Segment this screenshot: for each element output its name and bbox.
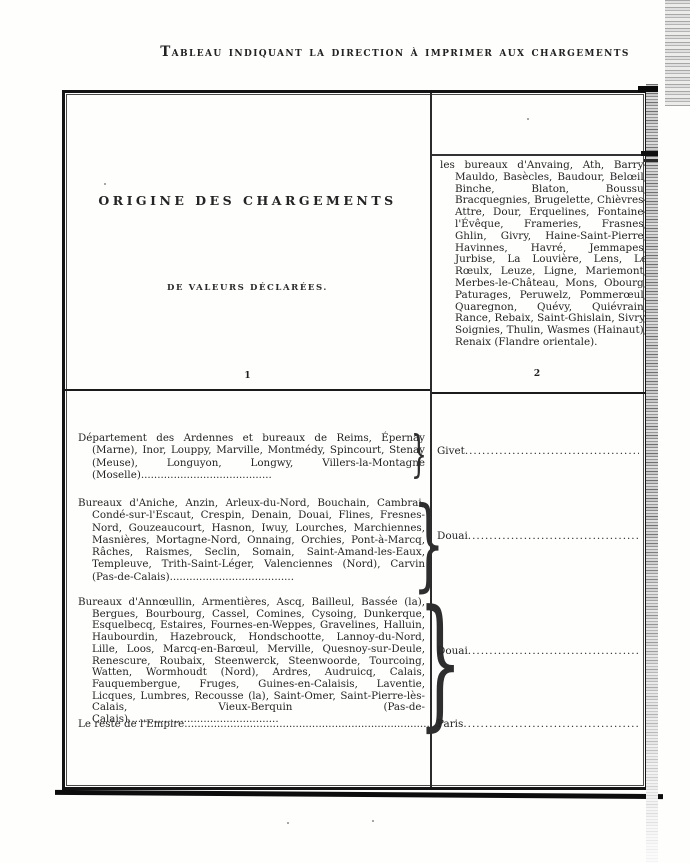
row-brace: } — [411, 429, 427, 479]
header-separator-right — [432, 392, 645, 394]
origin-column-subtitle: DE VALEURS DÉCLARÉES. — [65, 283, 430, 293]
border-edge-mark — [644, 159, 658, 162]
speck — [372, 820, 374, 822]
speck — [104, 183, 106, 185]
table-row-origin: Département des Ardennes et bureaux de R… — [78, 432, 425, 481]
speck — [287, 822, 289, 824]
origin-column-title: ORIGINE DES CHARGEMENTS — [65, 193, 430, 208]
table-row-destination: Givet...................................… — [437, 445, 639, 457]
column-number-1: 1 — [65, 371, 430, 381]
destination-name: Douai — [437, 530, 468, 542]
destination-name: Givet — [437, 445, 465, 457]
scan-binding-edge — [646, 84, 658, 863]
table-row-origin: Bureaux d'Aniche, Anzin, Arleux-du-Nord,… — [78, 497, 425, 583]
row-brace: } — [418, 592, 463, 734]
border-edge-mark — [641, 151, 658, 156]
table-row-destination: Douai...................................… — [437, 645, 639, 657]
table-row-destination: Douai...................................… — [437, 530, 639, 542]
destination-name: Paris — [437, 718, 463, 730]
document-title: Tableau indiquant la direction à imprime… — [110, 44, 680, 60]
header-separator-left — [65, 389, 430, 391]
destination-column-header-text: les bureaux d'Anvaing, Ath, Barry-Mauldo… — [440, 160, 647, 349]
table-row-origin: Le reste de l'Empire....................… — [78, 718, 430, 730]
row-brace: } — [413, 494, 445, 594]
destination-header-top-rule — [432, 154, 645, 156]
column-number-2: 2 — [432, 369, 642, 379]
destination-name: Douai — [437, 645, 468, 657]
table-bottom-heavy-rule — [55, 790, 663, 799]
dotted-leader: ........................................… — [468, 645, 639, 657]
speck — [527, 118, 529, 120]
routing-table: ORIGINE DES CHARGEMENTS DE VALEURS DÉCLA… — [62, 90, 648, 790]
scan-corner-texture — [665, 0, 690, 106]
scanned-document-page: { "page_title": "Tableau indiquant la di… — [0, 0, 690, 863]
dotted-leader: ........................................… — [463, 718, 639, 730]
dotted-leader: ........................................… — [465, 445, 639, 457]
border-edge-mark — [638, 86, 658, 92]
dotted-leader: ........................................… — [468, 530, 639, 542]
table-row-destination: Paris...................................… — [437, 718, 639, 730]
table-row-origin: Bureaux d'Annœullin, Armentières, Ascq, … — [78, 597, 425, 726]
